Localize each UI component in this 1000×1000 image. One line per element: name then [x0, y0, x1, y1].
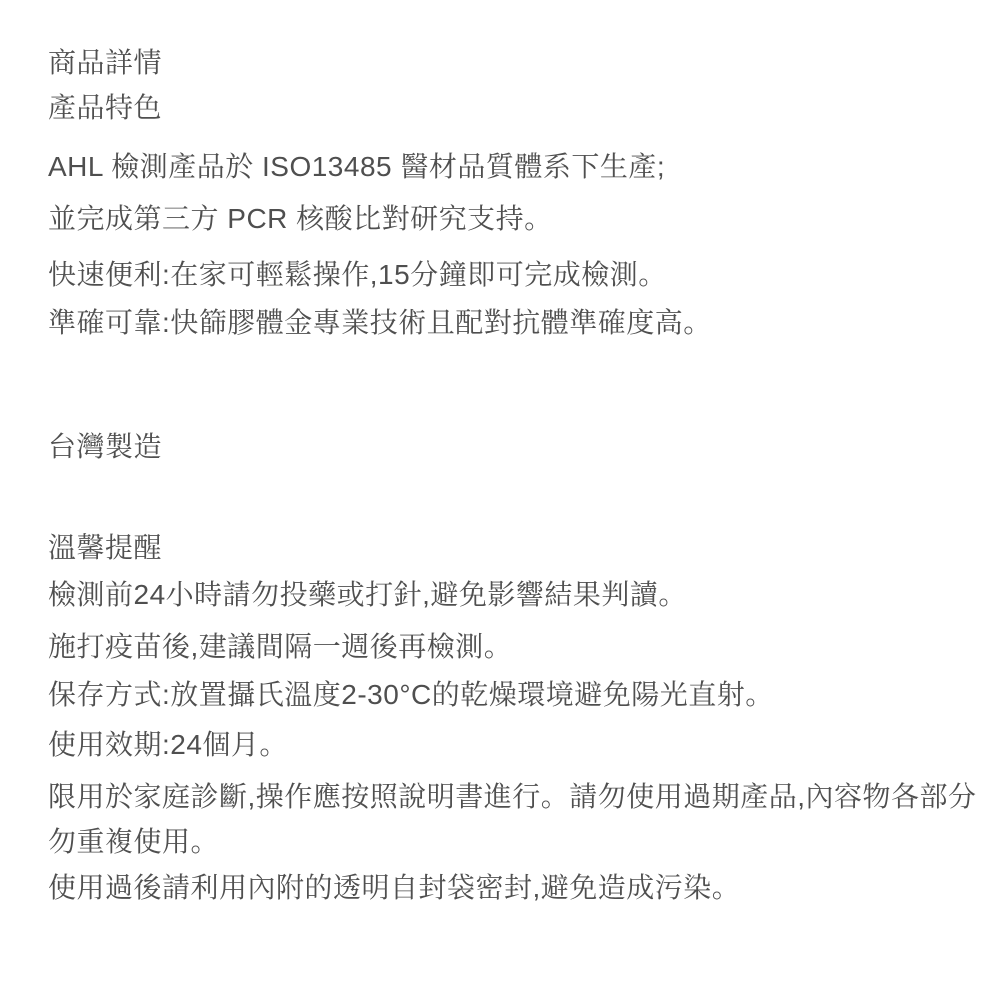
reminder-line: 使用過後請利用內附的透明自封袋密封,避免造成污染。 — [48, 871, 740, 905]
reminder-heading: 溫馨提醒 — [48, 531, 162, 565]
origin-label: 台灣製造 — [48, 430, 162, 464]
reminder-line: 保存方式:放置攝氏溫度2-30°C的乾燥環境避免陽光直射。 — [48, 678, 774, 712]
feature-line: 快速便利:在家可輕鬆操作,15分鐘即可完成檢測。 — [48, 258, 667, 292]
reminder-line: 限用於家庭診斷,操作應按照說明書進行。請勿使用過期產品,內容物各部分 — [48, 780, 977, 814]
product-details-page: 商品詳情 產品特色 AHL 檢測產品於 ISO13485 醫材品質體系下生產; … — [0, 0, 1000, 1000]
feature-line: 並完成第三方 PCR 核酸比對研究支持。 — [48, 202, 553, 236]
feature-line: 準確可靠:快篩膠體金專業技術且配對抗體準確度高。 — [48, 306, 712, 340]
reminder-line: 施打疫苗後,建議間隔一週後再檢測。 — [48, 630, 512, 664]
section-title: 商品詳情 — [48, 46, 162, 80]
reminder-line: 檢測前24小時請勿投藥或打針,避免影響結果判讀。 — [48, 578, 687, 612]
feature-line: AHL 檢測產品於 ISO13485 醫材品質體系下生產; — [48, 150, 665, 184]
reminder-line: 勿重複使用。 — [48, 825, 219, 859]
features-heading: 產品特色 — [48, 91, 162, 125]
reminder-line: 使用效期:24個月。 — [48, 728, 288, 762]
